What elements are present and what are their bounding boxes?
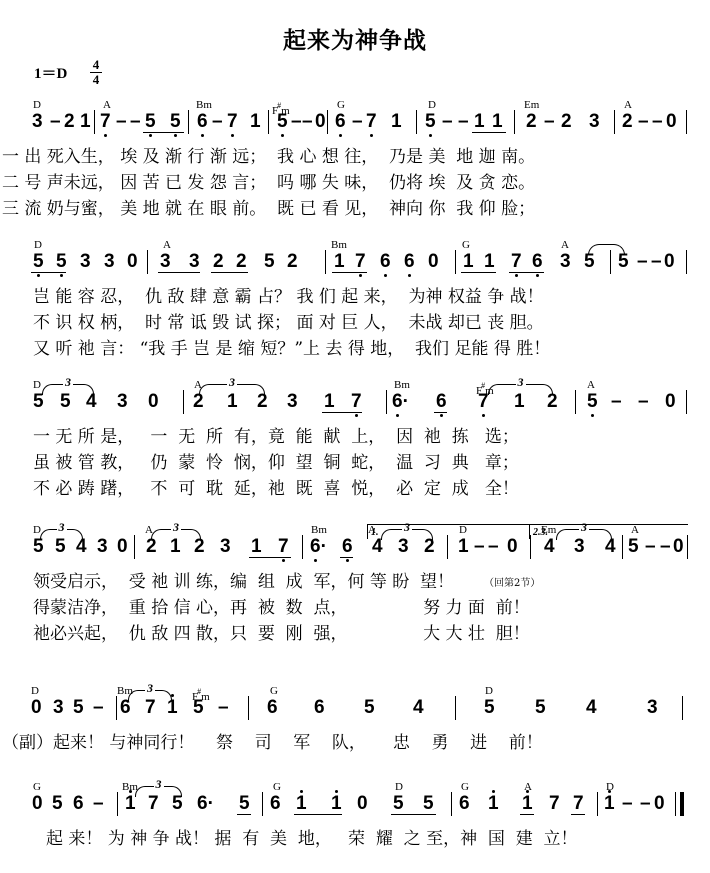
note: 7 — [573, 794, 584, 814]
chord-symbol: A — [163, 240, 171, 251]
dash-note: – — [637, 252, 648, 272]
low-octave-dot — [339, 134, 342, 137]
chord-symbol: D — [485, 686, 493, 697]
note: 1 — [492, 112, 503, 132]
triplet-number: 3 — [516, 376, 526, 388]
note: 7 — [278, 537, 289, 557]
note: 5 — [33, 252, 44, 272]
bar-line — [302, 535, 303, 559]
high-octave-dot — [608, 790, 611, 793]
dash-note: – — [291, 112, 302, 132]
bar-line — [134, 535, 135, 559]
chord-symbol: G — [270, 686, 278, 697]
note: 1 — [167, 698, 178, 718]
bar-line — [183, 390, 184, 414]
chord-symbol: G — [337, 100, 345, 111]
low-octave-dot — [408, 274, 411, 277]
chord-symbol: D — [33, 380, 41, 391]
eighth-underline — [391, 814, 436, 815]
low-octave-dot — [149, 134, 152, 137]
dash-note: – — [302, 112, 313, 132]
dash-note: – — [611, 392, 622, 412]
note: 0 — [673, 537, 684, 557]
triplet-bracket: 3 — [488, 384, 553, 395]
chord-symbol: Bm — [196, 100, 212, 111]
note: 5 — [73, 698, 84, 718]
chord-symbol: D — [428, 100, 436, 111]
bar-line — [327, 110, 328, 134]
triplet-number: 3 — [171, 521, 181, 533]
note: 0 — [31, 698, 42, 718]
bar-line — [686, 390, 687, 414]
triplet-number: 3 — [154, 778, 164, 790]
low-octave-dot — [346, 559, 349, 562]
note: 1 — [474, 112, 485, 132]
note: 0 — [666, 112, 677, 132]
note: 5 — [172, 794, 183, 814]
bar-line — [514, 110, 515, 134]
dash-note: – — [116, 112, 127, 132]
note: 5 — [587, 392, 598, 412]
note: 5 — [484, 698, 495, 718]
dash-note: – — [638, 392, 649, 412]
note: 0 — [357, 794, 368, 814]
low-octave-dot — [104, 134, 107, 137]
note: 3 — [560, 252, 571, 272]
eighth-underline — [158, 272, 200, 273]
note: 1 — [296, 794, 307, 814]
dash-note: – — [93, 794, 104, 814]
high-octave-dot — [335, 790, 338, 793]
note: 7 — [478, 392, 489, 412]
chord-symbol: Em — [524, 100, 539, 111]
triplet-number: 3 — [227, 376, 237, 388]
note: 3 — [53, 698, 64, 718]
bar-line — [248, 696, 249, 720]
note: 6 — [404, 252, 415, 272]
note: 4 — [605, 537, 616, 557]
note: 7 — [511, 252, 522, 272]
bar-line — [682, 696, 683, 720]
chord-symbol: D — [33, 100, 41, 111]
note: 6 — [532, 252, 543, 272]
note: 0 — [665, 392, 676, 412]
eighth-underline — [322, 412, 362, 413]
dash-note: – — [212, 112, 223, 132]
note: 2 — [236, 252, 247, 272]
triplet-number: 3 — [145, 682, 155, 694]
note: 4 — [86, 392, 97, 412]
note: 5 — [584, 252, 595, 272]
bar-line — [147, 250, 148, 274]
low-octave-dot — [591, 414, 594, 417]
dash-note: – — [50, 112, 61, 132]
note: 7 — [549, 794, 560, 814]
low-octave-dot — [429, 134, 432, 137]
dash-note: – — [218, 698, 229, 718]
eighth-underline — [340, 557, 353, 558]
dash-note: – — [651, 252, 662, 272]
chord-symbol: A — [624, 100, 632, 111]
lyric-line-1: 起 来！ 为 神 争 战！ 据 有 美 地， 荣 耀 之 至，神 国 建 立！ — [46, 829, 578, 849]
note: 2 — [526, 112, 537, 132]
note: 6 — [120, 698, 131, 718]
lyric-line-1: 一 出 死入生， 埃 及 渐 行 渐 远； 我 心 想 往， 乃是 美 地 迦 … — [2, 147, 535, 167]
high-octave-dot — [526, 790, 529, 793]
note: 7 — [355, 252, 366, 272]
note: 1 — [391, 112, 402, 132]
note: 0 — [127, 252, 138, 272]
chord-symbol: G — [33, 782, 41, 793]
low-octave-dot — [174, 134, 177, 137]
repeat-instruction: （回第2节） — [484, 574, 540, 594]
note: 0 — [654, 794, 665, 814]
note: 5 — [55, 537, 66, 557]
note: 5 — [52, 794, 63, 814]
bar-line — [268, 110, 269, 134]
low-octave-dot — [482, 414, 485, 417]
eighth-underline — [461, 272, 496, 273]
lyric-line-1: 一 无 所 是， 一 无 所 有，竟 能 献 上， 因 祂 拣 选； — [33, 427, 519, 447]
eighth-underline — [434, 412, 447, 413]
bar-line — [94, 110, 95, 134]
volta-bracket: 1. — [367, 524, 530, 539]
lyric-line-1: 领受启示， 受 祂 训 练，编 组 成 军，何 等 盼 望！ — [33, 572, 454, 592]
note: 2 — [194, 537, 205, 557]
note: 5 — [145, 112, 156, 132]
low-octave-dot — [37, 274, 40, 277]
low-octave-dot — [359, 274, 362, 277]
volta-label: 2.3. — [533, 527, 548, 538]
dash-note: – — [622, 794, 633, 814]
dash-note: – — [458, 112, 469, 132]
bar-line — [614, 110, 615, 134]
bar-line — [116, 696, 117, 720]
note: 2 — [547, 392, 558, 412]
eighth-underline — [571, 814, 585, 815]
note: 6· — [392, 392, 409, 412]
low-octave-dot — [281, 134, 284, 137]
note: 5 — [33, 537, 44, 557]
note: 6 — [380, 252, 391, 272]
note: 3 — [647, 698, 658, 718]
bar-line — [117, 792, 118, 816]
note: 1 — [251, 537, 262, 557]
triplet-number: 3 — [57, 521, 67, 533]
triplet-bracket: 3 — [199, 384, 265, 395]
bar-line — [325, 250, 326, 274]
note: 3 — [80, 252, 91, 272]
key-signature: 1＝D — [34, 62, 67, 83]
note: 3 — [589, 112, 600, 132]
chord-symbol: A — [561, 240, 569, 251]
chord-symbol: G — [462, 240, 470, 251]
lyric-line-1: 岂 能 容 忍， 仇 敌 肆 意 霸 占？ 我 们 起 来， 为神 权益 争 战… — [33, 287, 544, 307]
note: 7 — [145, 698, 156, 718]
lyric-line-2: 虽 被 管 教， 仍 蒙 怜 悯，仰 望 铜 蛇， 温 习 典 章； — [33, 453, 519, 473]
low-octave-dot — [201, 134, 204, 137]
note: 1 — [604, 794, 615, 814]
lyric-line-2: 得蒙洁净， 重 拾 信 心，再 被 数 点， 努 力 面 前！ — [33, 598, 530, 618]
low-octave-dot — [314, 559, 317, 562]
note: 1 — [324, 392, 335, 412]
note: 0 — [148, 392, 159, 412]
note: 0 — [428, 252, 439, 272]
note: 2 — [561, 112, 572, 132]
note: 2 — [622, 112, 633, 132]
high-octave-dot — [300, 790, 303, 793]
chord-symbol: G — [273, 782, 281, 793]
low-octave-dot — [440, 414, 443, 417]
low-octave-dot — [370, 134, 373, 137]
dash-note: – — [352, 112, 363, 132]
low-octave-dot — [515, 274, 518, 277]
note: 3 — [220, 537, 231, 557]
bar-line — [451, 792, 452, 816]
eighth-underline — [211, 272, 248, 273]
note: 0 — [507, 537, 518, 557]
note: 1 — [488, 794, 499, 814]
note: 5 — [628, 537, 639, 557]
triplet-bracket: 3 — [42, 384, 94, 395]
dash-note: – — [130, 112, 141, 132]
note: 0 — [117, 537, 128, 557]
chord-symbol: A — [103, 100, 111, 111]
chord-symbol: Bm — [331, 240, 347, 251]
song-title: 起来为神争战 — [0, 22, 710, 55]
note: 1 — [250, 112, 261, 132]
dash-note: – — [640, 794, 651, 814]
chord-symbol: D — [395, 782, 403, 793]
lyric-line-3: 不 必 踌 躇， 不 可 耽 延，祂 既 喜 悦， 必 定 成 全！ — [33, 479, 519, 499]
note: 3 — [160, 252, 171, 272]
note: 4 — [413, 698, 424, 718]
note: 4 — [76, 537, 87, 557]
bar-line — [575, 390, 576, 414]
dash-note: – — [442, 112, 453, 132]
chord-symbol: Bm — [394, 380, 410, 391]
note: 3 — [32, 112, 43, 132]
note: 3 — [574, 537, 585, 557]
bar-line — [262, 792, 263, 816]
volta-label: 1. — [371, 527, 379, 538]
note: 7 — [351, 392, 362, 412]
note: 1 — [331, 794, 342, 814]
note: 6 — [436, 392, 447, 412]
note: 5 — [60, 392, 71, 412]
note: 6 — [314, 698, 325, 718]
note: 3 — [117, 392, 128, 412]
low-octave-dot — [282, 559, 285, 562]
chord-symbol: D — [34, 240, 42, 251]
note: 3 — [189, 252, 200, 272]
eighth-underline — [143, 132, 184, 133]
dash-note: – — [660, 537, 671, 557]
time-signature: 4 4 — [90, 58, 102, 87]
note: 5 — [423, 794, 434, 814]
chord-symbol: D — [31, 686, 39, 697]
note: 4 — [372, 537, 383, 557]
note: 1 — [80, 112, 91, 132]
bar-line — [416, 110, 417, 134]
note: 4 — [586, 698, 597, 718]
bar-line — [686, 110, 687, 134]
note: 5 — [193, 698, 204, 718]
note: 3 — [287, 392, 298, 412]
eighth-underline — [249, 557, 291, 558]
note: 4 — [544, 537, 555, 557]
low-octave-dot — [384, 274, 387, 277]
bar-line — [386, 390, 387, 414]
dash-note: – — [488, 537, 499, 557]
note: 6· — [197, 794, 214, 814]
note: 6· — [310, 537, 327, 557]
note: 3 — [104, 252, 115, 272]
eighth-underline — [520, 814, 534, 815]
bar-line — [188, 110, 189, 134]
note: 6 — [335, 112, 346, 132]
dash-note: – — [645, 537, 656, 557]
note: 3 — [398, 537, 409, 557]
note: 5 — [277, 112, 288, 132]
note: 7 — [148, 794, 159, 814]
bar-line — [455, 250, 456, 274]
note: 7 — [100, 112, 111, 132]
note: 0 — [315, 112, 326, 132]
note: 2 — [193, 392, 204, 412]
note: 5 — [239, 794, 250, 814]
note: 6 — [73, 794, 84, 814]
note: 2 — [213, 252, 224, 272]
note: 7 — [227, 112, 238, 132]
chord-symbol: A — [587, 380, 595, 391]
triplet-bracket: 3 — [128, 690, 172, 701]
triplet-bracket: 3 — [151, 529, 201, 540]
note: 5 — [425, 112, 436, 132]
chord-symbol: G — [461, 782, 469, 793]
note: 6 — [342, 537, 353, 557]
note: 0 — [664, 252, 675, 272]
note: 1 — [334, 252, 345, 272]
lyric-line-3: 又 听 祂 言： “我 手 岂 是 缩 短？”上 去 得 地， 我们 足能 得 … — [33, 339, 550, 359]
note: 5 — [264, 252, 275, 272]
bar-line — [597, 792, 598, 816]
low-octave-dot — [60, 274, 63, 277]
note: 1 — [458, 537, 469, 557]
note: 7 — [366, 112, 377, 132]
final-bar-line — [680, 792, 684, 816]
time-signature-bottom: 4 — [93, 72, 100, 87]
note: 2 — [257, 392, 268, 412]
eighth-underline — [509, 272, 544, 273]
note: 5 — [618, 252, 629, 272]
note: 6 — [197, 112, 208, 132]
high-octave-dot — [492, 790, 495, 793]
note: 5 — [56, 252, 67, 272]
note: 5 — [33, 392, 44, 412]
lyric-line-2: 二 号 声未远， 因 苦 已 发 怨 言； 吗 哪 失 味， 仍将 埃 及 贪 … — [2, 173, 535, 193]
dash-note: – — [638, 112, 649, 132]
note: 2 — [64, 112, 75, 132]
note: 6 — [459, 794, 470, 814]
note: 1 — [463, 252, 474, 272]
tie-slur — [588, 244, 625, 255]
note: 1 — [484, 252, 495, 272]
note: 1 — [227, 392, 238, 412]
bar-line — [675, 792, 676, 816]
low-octave-dot — [231, 134, 234, 137]
high-octave-dot — [129, 790, 132, 793]
note: 5 — [364, 698, 375, 718]
note: 5 — [170, 112, 181, 132]
lyric-line-2: 不 识 权 柄， 时 常 诋 毁 试 探； 面 对 巨 人， 未战 却已 丧 胆… — [33, 313, 544, 333]
time-signature-top: 4 — [93, 57, 100, 72]
note: 5 — [535, 698, 546, 718]
note: 1 — [522, 794, 533, 814]
volta-bracket: 2.3. — [529, 524, 688, 539]
eighth-underline — [237, 814, 251, 815]
note: 3 — [97, 537, 108, 557]
low-octave-dot — [396, 414, 399, 417]
dash-note: – — [652, 112, 663, 132]
triplet-bracket: 3 — [135, 786, 182, 797]
triplet-bracket: 3 — [40, 529, 83, 540]
note: 1 — [125, 794, 136, 814]
low-octave-dot — [536, 274, 539, 277]
bar-line — [455, 696, 456, 720]
note: 6 — [270, 794, 281, 814]
note: 2 — [424, 537, 435, 557]
dash-note: – — [544, 112, 555, 132]
eighth-underline — [472, 132, 506, 133]
triplet-number: 3 — [63, 376, 73, 388]
eighth-underline — [332, 272, 367, 273]
chord-symbol: Bm — [311, 525, 327, 536]
lyric-line-3: 祂必兴起， 仇 敌 四 散，只 要 刚 强， 大 大 壮 胆！ — [33, 624, 530, 644]
lyric-line-1: （副）起来！ 与神同行！ 祭 司 军 队， 忠 勇 进 前！ — [2, 733, 543, 753]
eighth-underline — [294, 814, 342, 815]
dash-note: – — [93, 698, 104, 718]
lyric-line-3: 三 流 奶与蜜， 美 地 就 在 眼 前。 既 已 看 见， 神向 你 我 仰 … — [2, 199, 535, 219]
bar-line — [686, 250, 687, 274]
note: 1 — [170, 537, 181, 557]
eighth-underline — [31, 272, 66, 273]
note: 0 — [32, 794, 43, 814]
note: 2 — [146, 537, 157, 557]
low-octave-dot — [355, 414, 358, 417]
dash-note: – — [474, 537, 485, 557]
note: 5 — [393, 794, 404, 814]
note: 2 — [287, 252, 298, 272]
note: 1 — [514, 392, 525, 412]
note: 6 — [267, 698, 278, 718]
